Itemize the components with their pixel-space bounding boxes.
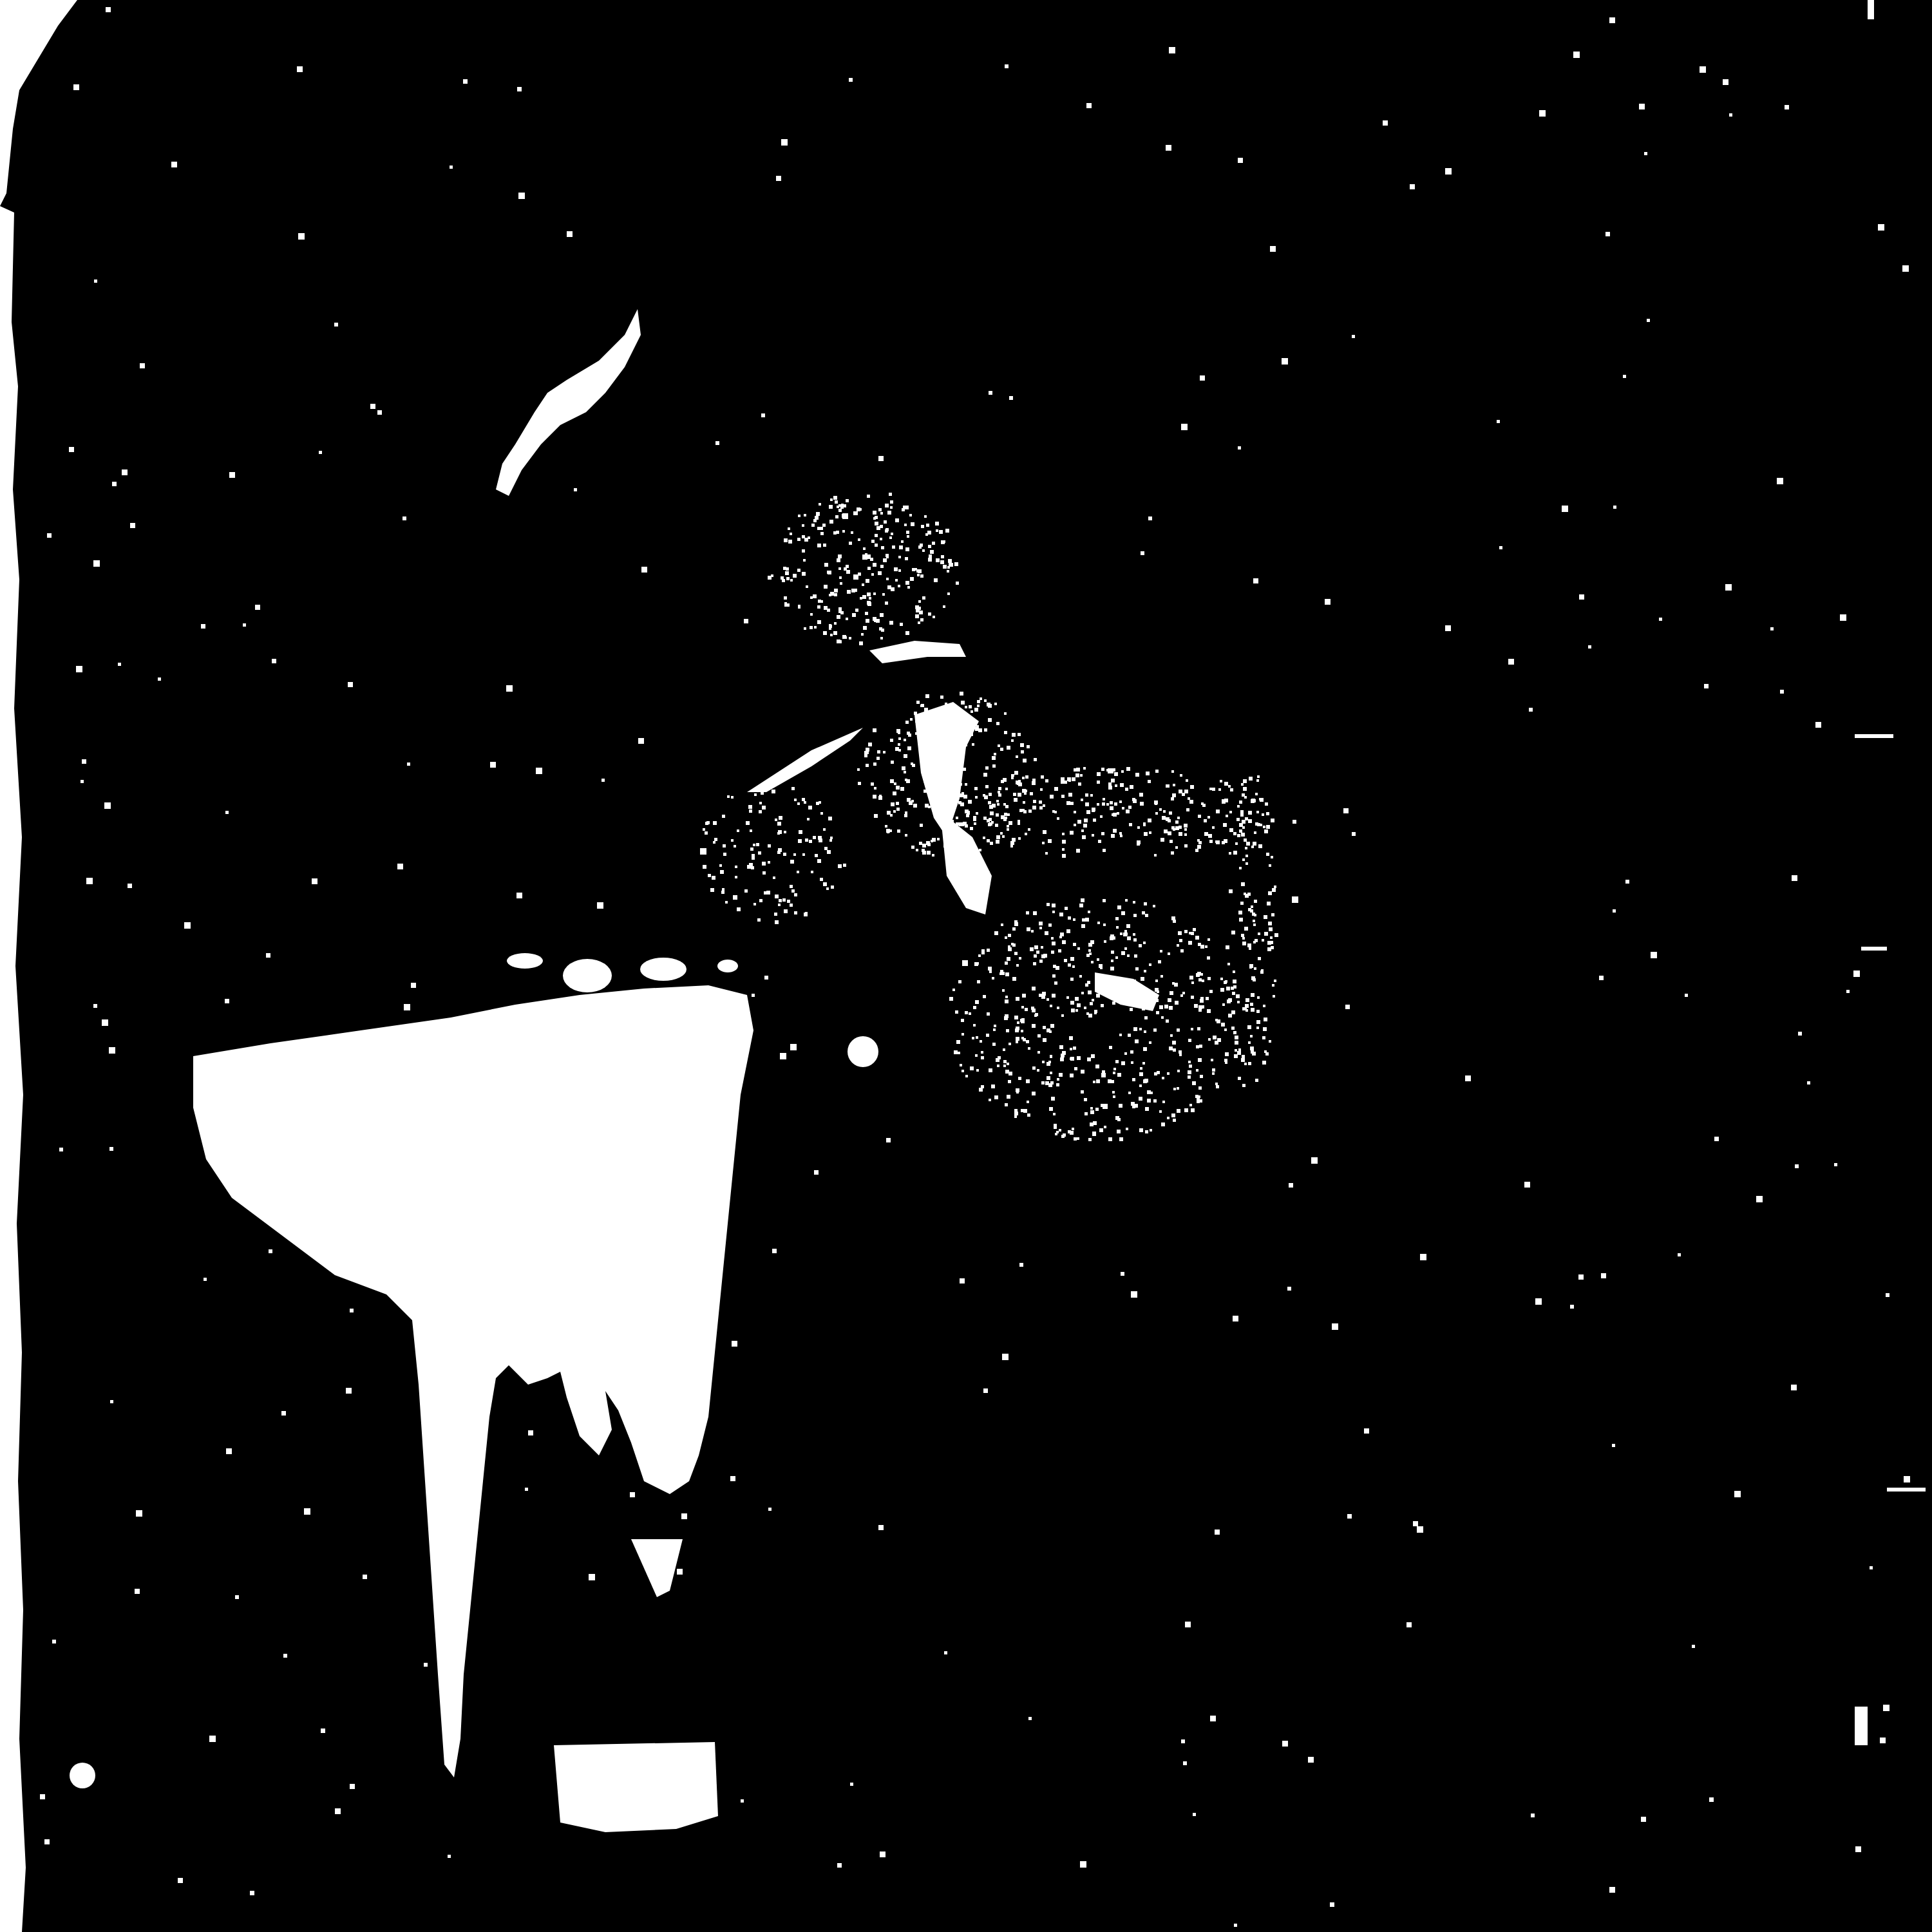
binarized-photo xyxy=(0,0,1932,1932)
bright-rectangle xyxy=(554,1742,718,1832)
